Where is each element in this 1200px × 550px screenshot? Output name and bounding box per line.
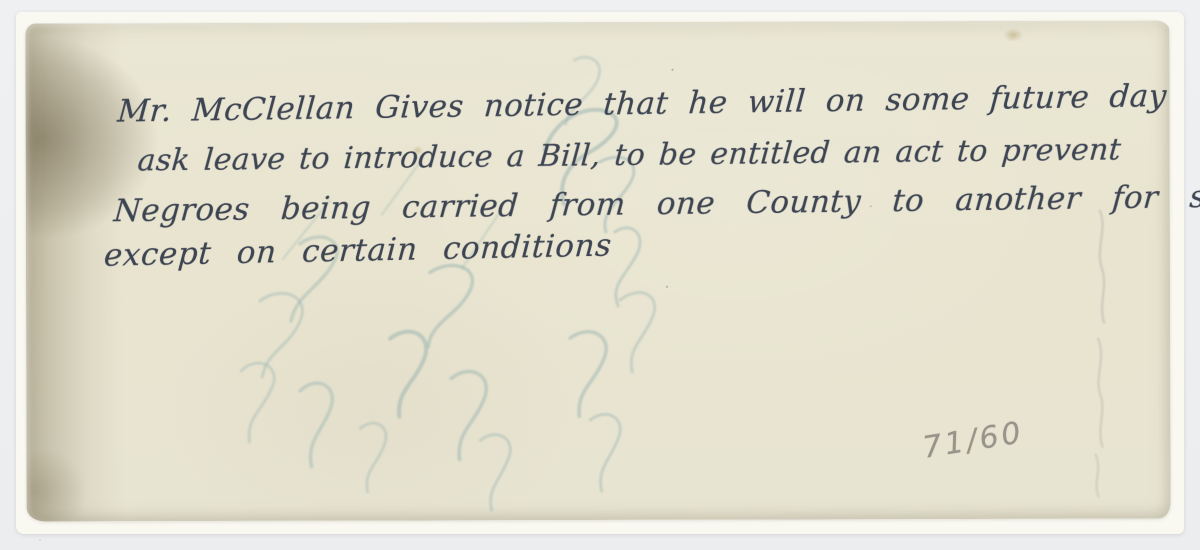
scan-background: Mr. McClellan Gives notice that he will …	[0, 0, 1200, 550]
manuscript-page: Mr. McClellan Gives notice that he will …	[25, 21, 1170, 522]
